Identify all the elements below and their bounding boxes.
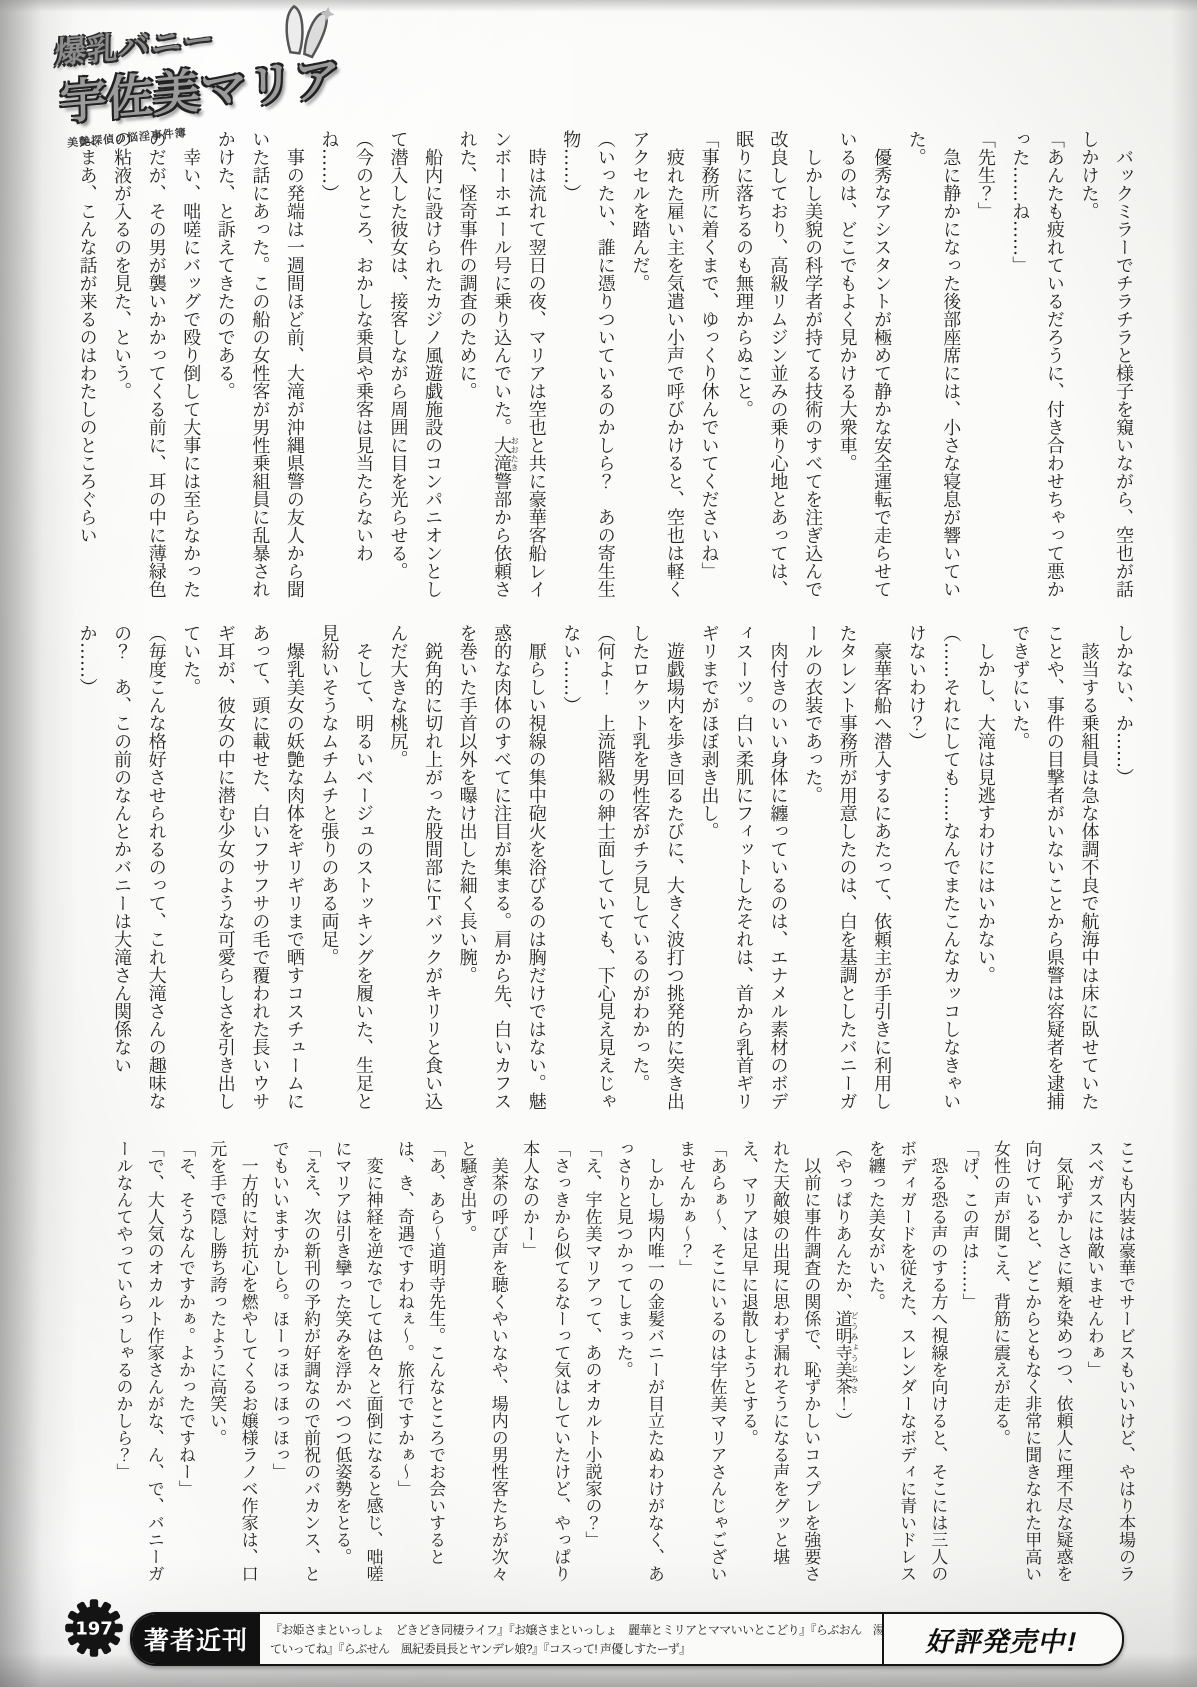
paragraph: （何よ！ 上流階級の紳士面していても、下心見え見えじゃない……） bbox=[553, 624, 622, 1124]
paragraph: 気恥ずかしさに頬を染めつつ、依頼人に理不尽な疑惑を向けていると、どこからともなく… bbox=[984, 1140, 1078, 1588]
paragraph: 美茶の呼び声を聴くやいなや、場内の男性客たちが次々と騒ぎ出す。 bbox=[450, 1140, 513, 1588]
paragraph: そして、明るいベージュのストッキングを履いた、生足と見紛いそうなムチムチと張りの… bbox=[311, 624, 380, 1124]
paragraph: （……それにしても……なんでまたこんなカッコしなきゃいけないわけ？） bbox=[898, 624, 967, 1124]
paragraph: 「げ、この声は……」 bbox=[952, 1140, 983, 1588]
paragraph: 爆乳美女の妖艶な肉体をギリギリまで晒すコスチュームにあって、頭に載せた、白いフサ… bbox=[173, 624, 311, 1124]
paragraph: 変に神経を逆なでしては色々と面倒になると感じ、咄嗟にマリアは引き攣った笑みを浮か… bbox=[325, 1140, 388, 1588]
paragraph: しかし、大滝は見逃すわけにはいかない。 bbox=[967, 624, 1002, 1124]
paragraph: 急に静かになった後部座席には、小さな寝息が響いていた。 bbox=[898, 130, 967, 606]
bunny-ears-icon bbox=[271, 0, 337, 71]
page-number: 197 bbox=[75, 1619, 113, 1640]
paragraph: （今のところ、おかしな乗員や乗客は見当たらないわね……） bbox=[311, 130, 380, 606]
paragraph: 「ええ、次の新刊の予約が好調なので前祝のバカンス、とでもいいますかしら。ほーっほ… bbox=[263, 1140, 326, 1588]
paragraph: バックミラーでチラチラと様子を窺いながら、空也が話しかけた。 bbox=[1071, 130, 1140, 606]
paragraph: 「で、大人気のオカルト作家さんがな、ん、で、バニーガールなんてやっていらっしゃる… bbox=[106, 1140, 169, 1588]
paragraph: 幸い、咄嗟にバッグで殴り倒して大事には至らなかったのだが、その男が襲いかかってく… bbox=[104, 130, 208, 606]
author-books-banner: 著者近刊 『お姫さまといっしょ どきどき同棲ライフ』『お嬢さまといっしょ 麗華と… bbox=[130, 1612, 1124, 1666]
paragraph: 鋭角的に切れ上がった股間部にＴバックがキリリと食い込んだ大きな桃尻。 bbox=[380, 624, 449, 1124]
paragraph: 疲れた雇い主を気遣い小声で呼びかけると、空也は軽くアクセルを踏んだ。 bbox=[622, 130, 691, 606]
paragraph: 「あらぁ～、そこにいるのは宇佐美マリアさんじゃございませんかぁ～？」 bbox=[669, 1140, 732, 1588]
paragraph: しかし場内唯一の金髪バニーが目立たぬわけがなく、あっさりと見つかってしまった。 bbox=[606, 1140, 669, 1588]
paragraph: 「そ、そうなんですかぁ。よかったですねー」 bbox=[169, 1140, 200, 1588]
paragraph: 「先生？」 bbox=[967, 130, 1002, 606]
page-number-gear-icon: 197 bbox=[64, 1598, 124, 1658]
text-band-middle: しかない、か……） 該当する乗組員は急な体調不良で航海中は床に臥せていたことや、… bbox=[66, 624, 1140, 1124]
paragraph: 「あ、あら～道明寺先生。こんなところでお会いするとは、き、奇遇ですわねぇ～。旅行… bbox=[388, 1140, 451, 1588]
paragraph: ここも内装は豪華でサービスもいいけど、やはり本場のラスベガスには敵いませんわぁ」 bbox=[1077, 1140, 1140, 1588]
paragraph: 「事務所に着くまで、ゆっくり休んでいてくださいね」 bbox=[691, 130, 726, 606]
paragraph: 肉付きのいい身体に纏っているのは、エナメル素材のボディスーツ。白い柔肌にフィット… bbox=[691, 624, 795, 1124]
paragraph: （やっぱりあんたか、道明寺美茶どうみょうじみさ！） bbox=[825, 1140, 858, 1588]
paragraph: 一方的に対抗心を燃やしてくるお嬢様ラノベ作家は、口元を手で隠し勝ち誇ったように高… bbox=[200, 1140, 263, 1588]
paragraph: 時は流れて翌日の夜、マリアは空也と共に豪華客船レインボーホエール号に乗り込んでい… bbox=[449, 130, 553, 606]
paragraph: 以前に事件調査の関係で、恥ずかしいコスプレを強要された天敵娘の出現に思わず漏れそ… bbox=[732, 1140, 826, 1588]
book-titles-line2: ていってね』『らぶせん 風紀委員長とヤンデレ娘?』『コスって! 声優しすたーず』 bbox=[270, 1640, 874, 1659]
on-sale-now-text: 好評発売中! bbox=[879, 1614, 1124, 1664]
paragraph: 船内に設けられたカジノ風遊戯施設のコンパニオンとして潜入した彼女は、接客しながら… bbox=[380, 130, 449, 606]
text-band-top: バックミラーでチラチラと様子を窺いながら、空也が話しかけた。 「あんたも疲れてい… bbox=[66, 130, 1140, 606]
scanned-novel-page: 爆乳バニー 宇佐美マリア 美艶探偵の悩淫事件簿 バックミラーでチラチラと様子を窺… bbox=[0, 0, 1197, 1687]
paragraph: 「あんたも疲れているだろうに、付き合わせちゃって悪かった……ね……」 bbox=[1002, 130, 1071, 606]
paragraph: （いったい、誰に憑りついているのかしら？ あの寄生生物……） bbox=[553, 130, 622, 606]
paragraph: 「え、宇佐美マリアって、あのオカルト小説家の？」 bbox=[575, 1140, 606, 1588]
paragraph: 「……まあ、日本でできるのは所詮カジノの真似事。 bbox=[66, 624, 69, 1124]
paragraph: 優秀なアシスタントが極めて静かな安全運転で走らせているのは、どこでもよく見かける… bbox=[829, 130, 898, 606]
paragraph: 厭らしい視線の集中砲火を浴びるのは胸だけではない。魅惑的な肉体のすべてに注目が集… bbox=[449, 624, 553, 1124]
paragraph: 豪華客船へ潜入するにあたって、依頼主が手引きに利用したタレント事務所が用意したの… bbox=[795, 624, 899, 1124]
paragraph: 「さっきから似てるなーって気はしていたけど、やっぱり本人なのかー」 bbox=[513, 1140, 576, 1588]
paragraph: 恐る恐る声のする方へ視線を向けると、そこには三人のボディガードを従えた、スレンダ… bbox=[859, 1140, 953, 1588]
paragraph: しかし美貌の科学者が持てる技術のすべてを注ぎ込んで改良しており、高級リムジン並み… bbox=[725, 130, 829, 606]
paragraph: （毎度こんな格好させられるのって、これ大滝さんの趣味なの？ あ、この前のなんとか… bbox=[69, 624, 173, 1124]
author-recent-works-label: 著者近刊 bbox=[132, 1614, 260, 1664]
paragraph: しかない、か……） bbox=[1105, 624, 1140, 1124]
paragraph: 該当する乗組員は急な体調不良で航海中は床に臥せていたことや、事件の目撃者がいない… bbox=[1002, 624, 1106, 1124]
text-band-bottom: ここも内装は豪華でサービスもいいけど、やはり本場のラスベガスには敵いませんわぁ」… bbox=[66, 1140, 1140, 1588]
book-titles-list: 『お姫さまといっしょ どきどき同棲ライフ』『お嬢さまといっしょ 麗華とミリアとマ… bbox=[260, 1614, 884, 1664]
paragraph: （まあ、こんな話が来るのはわたしのところぐらい bbox=[69, 130, 104, 606]
paragraph: 事の発端は一週間ほど前、大滝が沖縄県警の友人から聞いた話にあった。この船の女性客… bbox=[207, 130, 311, 606]
paragraph: 遊戯場内を歩き回るたびに、大きく波打つ挑発的に突き出したロケット乳を男性客がチラ… bbox=[622, 624, 691, 1124]
book-titles-line1: 『お姫さまといっしょ どきどき同棲ライフ』『お嬢さまといっしょ 麗華とミリアとマ… bbox=[270, 1621, 874, 1640]
